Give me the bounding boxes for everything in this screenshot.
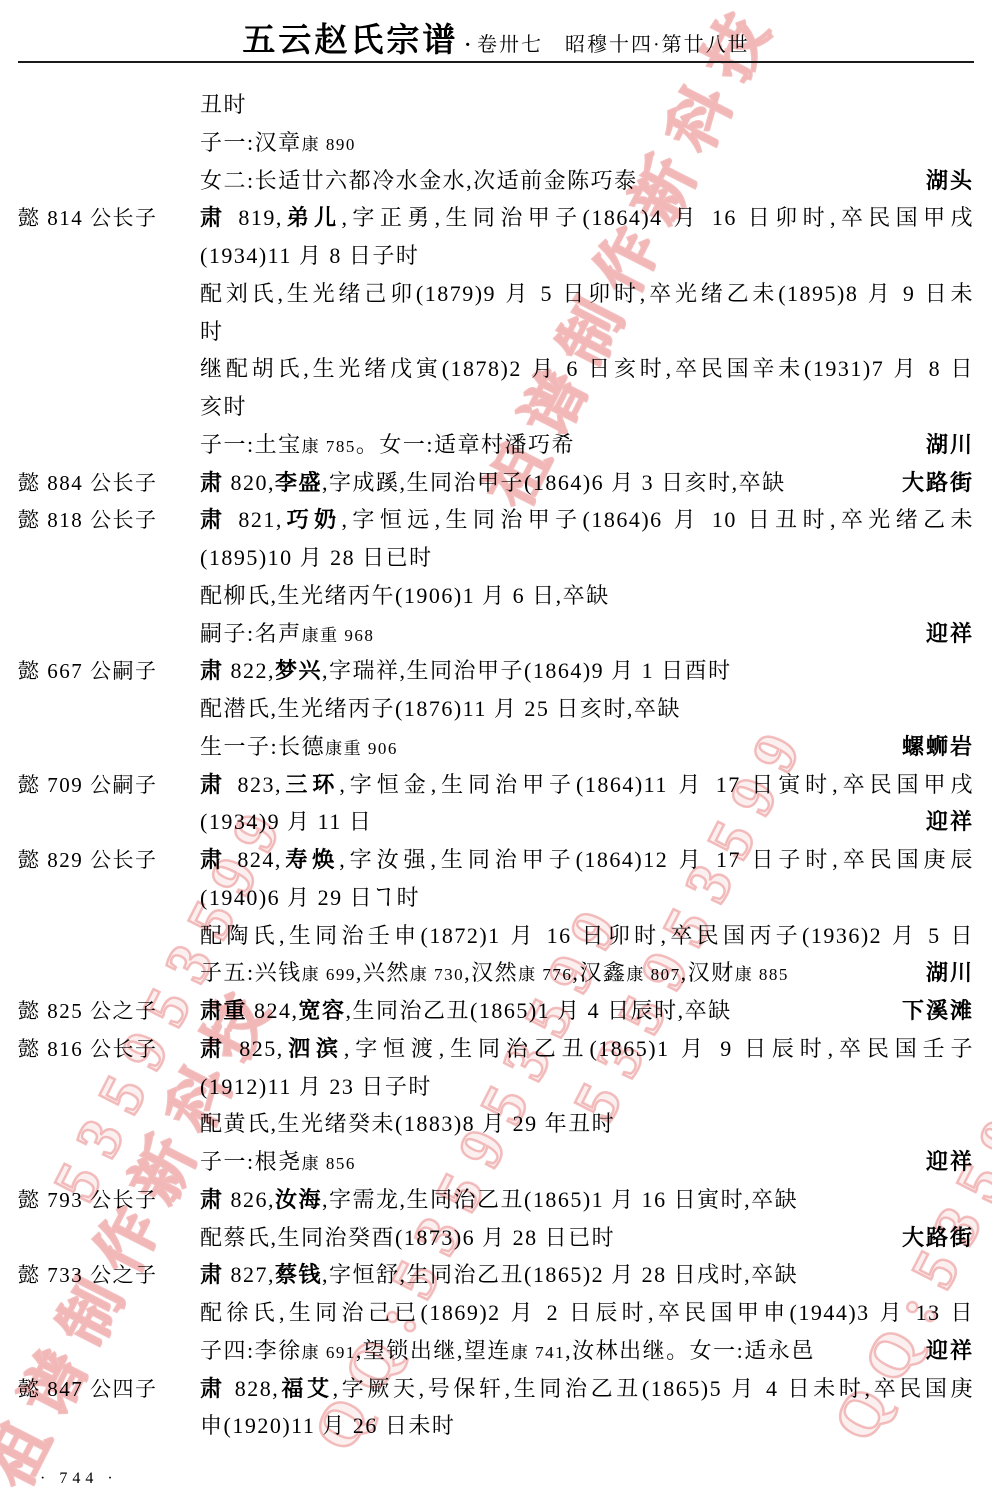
text-run: ,字恒远,生同治甲子(1864)6 月 10 日丑时,卒光绪乙未	[342, 507, 974, 532]
entry-row: 继配胡氏,生光绪戊寅(1878)2 月 6 日亥时,卒民国辛未(1931)7 月…	[18, 350, 974, 388]
text-run: ,字瑞祥,生同治甲子(1864)9 月 1 日酉时	[322, 658, 732, 683]
text-run: 子四:李徐	[200, 1338, 302, 1363]
entry-text: 子五:兴钱康 699,兴然康 730,汉然康 776,汉鑫康 807,汉财康 8…	[200, 954, 916, 994]
entry-row: 懿 667 公嗣子肃 822,梦兴,字瑞祥,生同治甲子(1864)9 月 1 日…	[18, 652, 974, 690]
entry-text: 肃重 824,宽容,生同治乙丑(1865)1 月 4 日辰时,卒缺	[200, 992, 892, 1030]
entry-label: 懿 818 公长子	[18, 502, 200, 540]
text-run: 女二:长适廿六都冷水金水,次适前金陈巧泰	[200, 168, 638, 193]
text-run: ,字恒渡,生同治乙丑(1865)1 月 9 日辰时,卒民国壬子	[344, 1036, 974, 1061]
text-run: 康 807	[626, 965, 680, 984]
text-run: 肃	[200, 507, 238, 532]
entry-label: 懿 667 公嗣子	[18, 653, 200, 691]
text-run: 康 776	[518, 965, 572, 984]
entry-row: 亥时	[18, 388, 974, 426]
text-run: (1934)11 月 8 日子时	[200, 243, 419, 268]
volume-subtitle: 卷卅七 昭穆十四·第廿八世	[477, 34, 750, 56]
entry-text: 配潜氏,生光绪丙子(1876)11 月 25 日亥时,卒缺	[200, 690, 974, 728]
entry-text: 肃 826,汝海,字需龙,生同治乙丑(1865)1 月 16 日寅时,卒缺	[200, 1181, 974, 1219]
entry-text: 嗣子:名声康重 968	[200, 615, 916, 655]
text-run: 配潜氏,生光绪丙子(1876)11 月 25 日亥时,卒缺	[200, 696, 681, 721]
entry-row: 丑时	[18, 86, 974, 124]
text-run: 汝海	[275, 1187, 322, 1212]
entry-row: 配徐氏,生同治己已(1869)2 月 2 日辰时,卒民国甲申(1944)3 月 …	[18, 1294, 974, 1332]
text-run: 康 856	[302, 1154, 356, 1173]
text-run: 肃	[200, 205, 238, 230]
text-run: 配蔡氏,生同治癸酉(1873)6 月 28 日已时	[200, 1225, 615, 1250]
entry-text: 配陶氏,生同治壬申(1872)1 月 16 日卯时,卒民国丙子(1936)2 月…	[200, 917, 974, 955]
text-run: (1940)6 月 29 日ヿ时	[200, 885, 420, 910]
entry-text: 肃 825,泗滨,字恒渡,生同治乙丑(1865)1 月 9 日辰时,卒民国壬子	[200, 1030, 974, 1068]
title-separator-dot: ·	[458, 34, 477, 56]
entry-text: 配黄氏,生光绪癸未(1883)8 月 29 年丑时	[200, 1105, 974, 1143]
text-run: ,兴然	[356, 960, 410, 985]
page-header: 五云赵氏宗谱·卷卅七 昭穆十四·第廿八世	[0, 14, 992, 61]
entry-row: 懿 829 公长子肃 824,寿焕,字汝强,生同治甲子(1864)12 月 17…	[18, 841, 974, 879]
text-run: 申(1920)11 月 26 日未时	[200, 1413, 455, 1438]
text-run: 。女一:适章村潘巧希	[356, 432, 575, 457]
entry-place: 下溪滩	[892, 992, 974, 1030]
entry-text: 肃 820,李盛,字成蹊,生同治甲子(1864)6 月 3 日亥时,卒缺	[200, 464, 892, 502]
entry-row: 懿 793 公长子肃 826,汝海,字需龙,生同治乙丑(1865)1 月 16 …	[18, 1181, 974, 1219]
text-run: ,字恒金,生同治甲子(1864)11 月 17 日寅时,卒民国甲戌	[339, 772, 974, 797]
text-run: 三环	[282, 772, 339, 797]
text-run: 肃	[200, 1262, 231, 1287]
text-run: 823,	[237, 772, 282, 797]
entry-place: 迎祥	[916, 1332, 974, 1370]
text-run: ,字正勇,生同治甲子(1864)4 月 16 日卯时,卒民国甲戌	[342, 205, 974, 230]
entry-place: 湖头	[916, 162, 974, 200]
entry-row: (1934)11 月 8 日子时	[18, 237, 974, 275]
text-run: 蔡钱	[275, 1262, 322, 1287]
entry-text: 丑时	[200, 86, 974, 124]
entry-row: (1934)9 月 11 日迎祥	[18, 803, 974, 841]
entry-text: 时	[200, 313, 974, 351]
text-run: 配黄氏,生光绪癸未(1883)8 月 29 年丑时	[200, 1111, 615, 1136]
entry-row: 懿 709 公嗣子肃 823,三环,字恒金,生同治甲子(1864)11 月 17…	[18, 766, 974, 804]
text-run: 824,	[237, 847, 282, 872]
text-run: 配柳氏,生光绪丙午(1906)1 月 6 日,卒缺	[200, 583, 610, 608]
entry-label: 懿 733 公之子	[18, 1257, 200, 1295]
entry-label: 懿 884 公长子	[18, 465, 200, 503]
entries: 丑时子一:汉章康 890女二:长适廿六都冷水金水,次适前金陈巧泰湖头懿 814 …	[18, 86, 974, 1445]
text-run: 寿焕	[282, 847, 339, 872]
entry-text: (1934)11 月 8 日子时	[200, 237, 974, 275]
text-run: 康重 906	[325, 739, 398, 758]
entry-text: 配蔡氏,生同治癸酉(1873)6 月 28 日已时	[200, 1219, 892, 1257]
entry-text: 生一子:长德康重 906	[200, 728, 892, 768]
entry-row: 子四:李徐康 691,望锁出继,望连康 741,汝林出继。女一:适永邑迎祥	[18, 1332, 974, 1370]
text-run: 康 741	[511, 1343, 565, 1362]
entry-text: 子一:土宝康 785。女一:适章村潘巧希	[200, 426, 916, 466]
entry-label: 懿 829 公长子	[18, 842, 200, 880]
entry-row: 懿 733 公之子肃 827,蔡钱,字恒舒,生同治乙丑(1865)2 月 28 …	[18, 1256, 974, 1294]
text-run: 827,	[231, 1262, 276, 1287]
book-title: 五云赵氏宗谱	[242, 23, 458, 59]
text-run: ,生同治乙丑(1865)1 月 4 日辰时,卒缺	[346, 998, 732, 1023]
text-run: 巧奶	[283, 507, 342, 532]
text-run: 828,	[235, 1376, 280, 1401]
text-run: 丑时	[200, 92, 247, 117]
entry-row: 懿 818 公长子肃 821,巧奶,字恒远,生同治甲子(1864)6 月 10 …	[18, 501, 974, 539]
entry-text: 子一:汉章康 890	[200, 124, 974, 164]
text-run: (1912)11 月 23 日子时	[200, 1074, 432, 1099]
text-run: ,字汝强,生同治甲子(1864)12 月 17 日子时,卒民国庚辰	[339, 847, 974, 872]
entry-label: 懿 709 公嗣子	[18, 767, 200, 805]
entry-row: 配蔡氏,生同治癸酉(1873)6 月 28 日已时大路街	[18, 1219, 974, 1257]
text-run: 康 885	[735, 965, 789, 984]
text-run: 肃	[200, 1036, 239, 1061]
text-run: 819,	[238, 205, 283, 230]
text-run: ,汝林出继。女一:适永邑	[565, 1338, 815, 1363]
text-run: ,字成蹊,生同治甲子(1864)6 月 3 日亥时,卒缺	[322, 470, 786, 495]
text-run: ,汉鑫	[572, 960, 626, 985]
text-run: 子五:兴钱	[200, 960, 302, 985]
entry-text: 申(1920)11 月 26 日未时	[200, 1407, 974, 1445]
entry-text: 肃 824,寿焕,字汝强,生同治甲子(1864)12 月 17 日子时,卒民国庚…	[200, 841, 974, 879]
entry-row: 子五:兴钱康 699,兴然康 730,汉然康 776,汉鑫康 807,汉财康 8…	[18, 954, 974, 992]
entry-label: 懿 825 公之子	[18, 993, 200, 1031]
entry-row: 嗣子:名声康重 968迎祥	[18, 615, 974, 653]
entry-text: (1934)9 月 11 日	[200, 803, 916, 841]
entry-row: 懿 814 公长子肃 819,弟儿,字正勇,生同治甲子(1864)4 月 16 …	[18, 199, 974, 237]
text-run: 康重 968	[302, 626, 375, 645]
entry-place: 湖川	[916, 954, 974, 992]
text-run: 弟儿	[283, 205, 342, 230]
entry-row: 配潜氏,生光绪丙子(1876)11 月 25 日亥时,卒缺	[18, 690, 974, 728]
entry-row: 子一:土宝康 785。女一:适章村潘巧希湖川	[18, 426, 974, 464]
entry-row: (1912)11 月 23 日子时	[18, 1068, 974, 1106]
text-run: 配陶氏,生同治壬申(1872)1 月 16 日卯时,卒民国丙子(1936)2 月…	[200, 923, 974, 948]
entry-row: 懿 816 公长子肃 825,泗滨,字恒渡,生同治乙丑(1865)1 月 9 日…	[18, 1030, 974, 1068]
entry-text: 肃 822,梦兴,字瑞祥,生同治甲子(1864)9 月 1 日酉时	[200, 652, 974, 690]
text-run: 肃	[200, 847, 237, 872]
text-run: 继配胡氏,生光绪戊寅(1878)2 月 6 日亥时,卒民国辛未(1931)7 月…	[200, 356, 974, 381]
text-run: 821,	[238, 507, 283, 532]
entry-text: (1940)6 月 29 日ヿ时	[200, 879, 974, 917]
text-run: 822,	[231, 658, 276, 683]
text-run: 肃	[200, 470, 231, 495]
text-run: ,汉然	[464, 960, 518, 985]
text-run: 福艾	[279, 1376, 332, 1401]
text-run: (1895)10 月 28 日已时	[200, 545, 433, 570]
entry-place: 迎祥	[916, 1143, 974, 1181]
text-run: ,字恒舒,生同治乙丑(1865)2 月 28 日戌时,卒缺	[322, 1262, 798, 1287]
text-run: 826,	[231, 1187, 276, 1212]
text-run: 825,	[239, 1036, 284, 1061]
text-run: ,望锁出继,望连	[356, 1338, 511, 1363]
entry-text: 肃 828,福艾,字厥天,号保轩,生同治乙丑(1865)5 月 4 日未时,卒民…	[200, 1370, 974, 1408]
entry-text: 肃 821,巧奶,字恒远,生同治甲子(1864)6 月 10 日丑时,卒光绪乙未	[200, 501, 974, 539]
entry-row: 配柳氏,生光绪丙午(1906)1 月 6 日,卒缺	[18, 577, 974, 615]
text-run: 肃	[200, 658, 231, 683]
entry-place: 大路街	[892, 1219, 974, 1257]
entry-label: 懿 793 公长子	[18, 1182, 200, 1220]
text-run: 配徐氏,生同治己已(1869)2 月 2 日辰时,卒民国甲申(1944)3 月 …	[200, 1300, 974, 1325]
entry-row: 申(1920)11 月 26 日未时	[18, 1407, 974, 1445]
text-run: 康 785	[302, 437, 356, 456]
text-run: 嗣子:名声	[200, 621, 302, 646]
text-run: 肃	[200, 1376, 235, 1401]
entry-place: 大路街	[892, 464, 974, 502]
entry-row: 懿 847 公四子肃 828,福艾,字厥天,号保轩,生同治乙丑(1865)5 月…	[18, 1370, 974, 1408]
text-run: 824,	[254, 998, 299, 1023]
entry-text: 女二:长适廿六都冷水金水,次适前金陈巧泰	[200, 162, 916, 200]
entry-row: 子一:根尧康 856迎祥	[18, 1143, 974, 1181]
text-run: 康 691	[302, 1343, 356, 1362]
text-run: 子一:汉章	[200, 130, 302, 155]
text-run: 康 699	[302, 965, 356, 984]
text-run: 配刘氏,生光绪己卯(1879)9 月 5 日卯时,卒光绪乙未(1895)8 月 …	[200, 281, 974, 306]
text-run: 李盛	[275, 470, 322, 495]
entry-text: 配柳氏,生光绪丙午(1906)1 月 6 日,卒缺	[200, 577, 974, 615]
text-run: (1934)9 月 11 日	[200, 809, 372, 834]
entry-row: 时	[18, 313, 974, 351]
text-run: ,汉财	[681, 960, 735, 985]
entry-text: 配刘氏,生光绪己卯(1879)9 月 5 日卯时,卒光绪乙未(1895)8 月 …	[200, 275, 974, 313]
entry-text: 亥时	[200, 388, 974, 426]
text-run: 子一:土宝	[200, 432, 302, 457]
entry-label: 懿 814 公长子	[18, 200, 200, 238]
entry-place: 湖川	[916, 426, 974, 464]
entry-row: (1940)6 月 29 日ヿ时	[18, 879, 974, 917]
text-run: 宽容	[299, 998, 346, 1023]
text-run: 康 890	[302, 135, 356, 154]
text-run: 亥时	[200, 394, 247, 419]
entry-text: 子一:根尧康 856	[200, 1143, 916, 1183]
entry-row: 配陶氏,生同治壬申(1872)1 月 16 日卯时,卒民国丙子(1936)2 月…	[18, 917, 974, 955]
entry-row: 配黄氏,生光绪癸未(1883)8 月 29 年丑时	[18, 1105, 974, 1143]
entry-place: 迎祥	[916, 615, 974, 653]
text-run: 泗滨	[284, 1036, 344, 1061]
entry-label: 懿 816 公长子	[18, 1031, 200, 1069]
header-rule	[18, 61, 974, 63]
text-run: 子一:根尧	[200, 1149, 302, 1174]
text-run: ,字需龙,生同治乙丑(1865)1 月 16 日寅时,卒缺	[322, 1187, 798, 1212]
text-run: 肃	[200, 1187, 231, 1212]
entry-text: 配徐氏,生同治己已(1869)2 月 2 日辰时,卒民国甲申(1944)3 月 …	[200, 1294, 974, 1332]
entry-label: 懿 847 公四子	[18, 1371, 200, 1409]
text-run: 肃	[200, 772, 237, 797]
entry-row: 生一子:长德康重 906螺蛳岩	[18, 728, 974, 766]
entry-text: (1895)10 月 28 日已时	[200, 539, 974, 577]
text-run: 梦兴	[275, 658, 322, 683]
entry-text: 子四:李徐康 691,望锁出继,望连康 741,汝林出继。女一:适永邑	[200, 1332, 916, 1372]
entry-place: 迎祥	[916, 803, 974, 841]
entry-text: 继配胡氏,生光绪戊寅(1878)2 月 6 日亥时,卒民国辛未(1931)7 月…	[200, 350, 974, 388]
entry-row: 配刘氏,生光绪己卯(1879)9 月 5 日卯时,卒光绪乙未(1895)8 月 …	[18, 275, 974, 313]
text-run: 820,	[231, 470, 276, 495]
entry-row: 子一:汉章康 890	[18, 124, 974, 162]
text-run: 康 730	[410, 965, 464, 984]
text-run: 生一子:长德	[200, 734, 325, 759]
entry-text: 肃 827,蔡钱,字恒舒,生同治乙丑(1865)2 月 28 日戌时,卒缺	[200, 1256, 974, 1294]
page-number: · 744 ·	[40, 1470, 118, 1488]
text-run: 时	[200, 319, 224, 344]
entry-text: 肃 823,三环,字恒金,生同治甲子(1864)11 月 17 日寅时,卒民国甲…	[200, 766, 974, 804]
text-run: 肃重	[200, 998, 254, 1023]
entry-row: 懿 825 公之子肃重 824,宽容,生同治乙丑(1865)1 月 4 日辰时,…	[18, 992, 974, 1030]
entry-text: (1912)11 月 23 日子时	[200, 1068, 974, 1106]
entry-row: (1895)10 月 28 日已时	[18, 539, 974, 577]
entry-text: 肃 819,弟儿,字正勇,生同治甲子(1864)4 月 16 日卯时,卒民国甲戌	[200, 199, 974, 237]
entry-row: 女二:长适廿六都冷水金水,次适前金陈巧泰湖头	[18, 162, 974, 200]
genealogy-page: { "page": { "header": { "title": "五云赵氏宗谱…	[0, 0, 992, 1512]
entry-place: 螺蛳岩	[892, 728, 974, 766]
entry-row: 懿 884 公长子肃 820,李盛,字成蹊,生同治甲子(1864)6 月 3 日…	[18, 464, 974, 502]
text-run: ,字厥天,号保轩,生同治乙丑(1865)5 月 4 日未时,卒民国庚	[333, 1376, 974, 1401]
